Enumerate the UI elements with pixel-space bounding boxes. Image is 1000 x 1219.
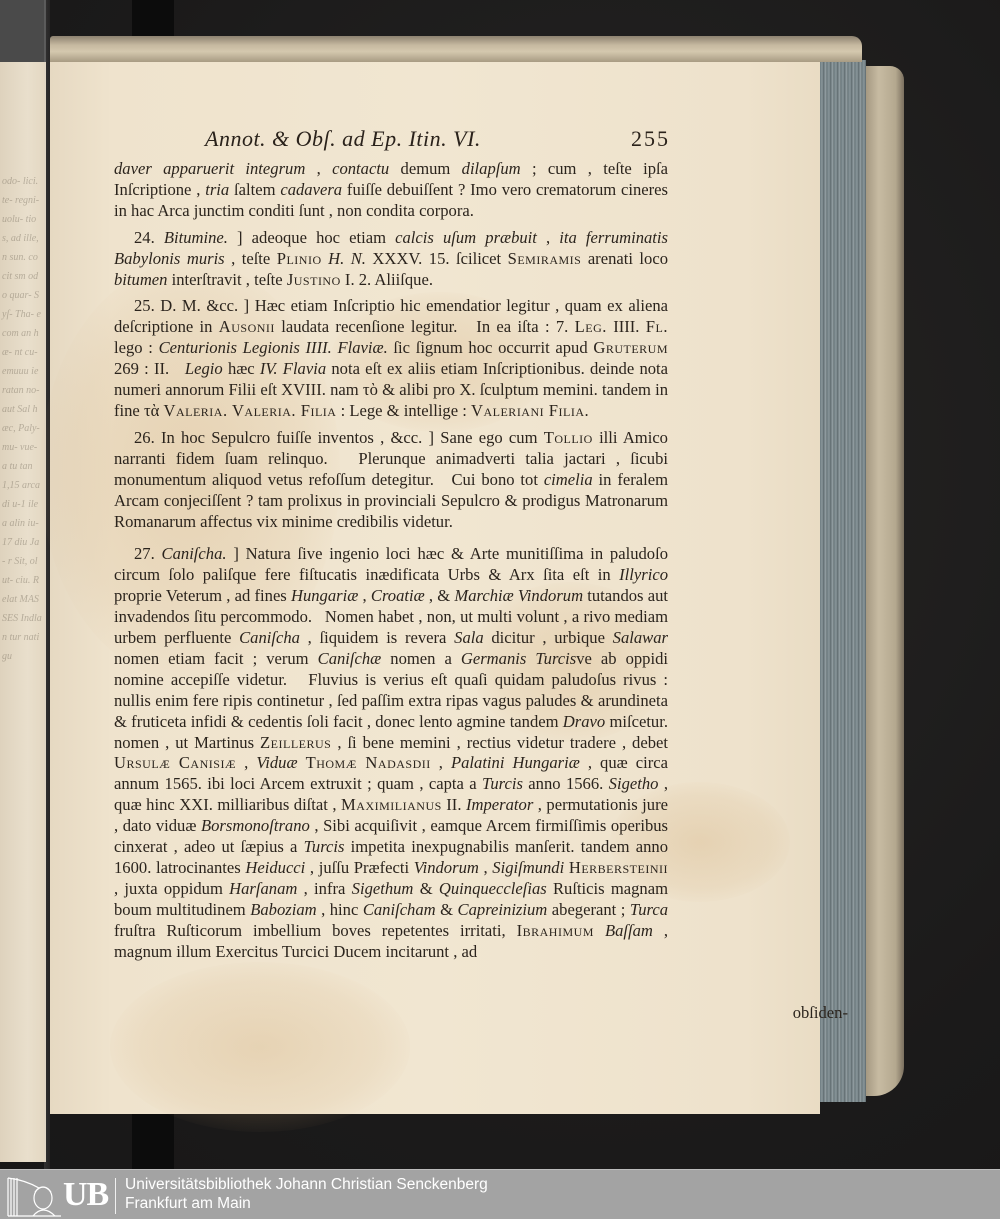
page-number: 255 [631, 126, 670, 152]
ub-logo-text: UB [63, 1176, 108, 1214]
scanner-frame-edge [0, 0, 46, 62]
book-page-edges [818, 60, 866, 1102]
paragraph-continuation: daver apparuerit integrum , contactu dem… [114, 159, 668, 222]
previous-page-text: odo- lici. te- regni- uolu- tios, ad ill… [2, 172, 42, 666]
main-text-block: daver apparuerit integrum , contactu dem… [114, 159, 668, 969]
page-top-curl [50, 36, 862, 62]
page-header: Annot. & Obſ. ad Ep. Itin. VI. 255 [205, 126, 670, 156]
portrait-logo-icon [5, 1174, 65, 1218]
annotation-27: 27. Caniſcha. ] Natura ſive ingenio loci… [114, 544, 668, 962]
annotation-25: 25. D. M. &cc. ] Hæc etiam Inſcriptio hi… [114, 296, 668, 421]
institution-city: Frankfurt am Main [125, 1195, 251, 1213]
scan-background: odo- lici. te- regni- uolu- tios, ad ill… [0, 0, 1000, 1169]
footer-divider [115, 1178, 116, 1214]
water-stain [110, 962, 410, 1132]
institution-name: Universitätsbibliothek Johann Christian … [125, 1176, 488, 1194]
ub-logo[interactable]: UB [5, 1174, 117, 1218]
book-cover-flap [862, 66, 904, 1096]
catchword: obſiden- [793, 1003, 848, 1023]
annotation-24: 24. Bitumine. ] adeoque hoc etiam calcis… [114, 228, 668, 291]
previous-page-sliver: odo- lici. te- regni- uolu- tios, ad ill… [0, 62, 46, 1162]
scanner-bar-bottom [132, 1114, 174, 1169]
annotation-26: 26. In hoc Sepulcro fuiſſe inventos , &c… [114, 428, 668, 533]
library-footer-bar: UB Universitätsbibliothek Johann Christi… [0, 1169, 1000, 1219]
running-head: Annot. & Obſ. ad Ep. Itin. VI. [205, 126, 481, 152]
